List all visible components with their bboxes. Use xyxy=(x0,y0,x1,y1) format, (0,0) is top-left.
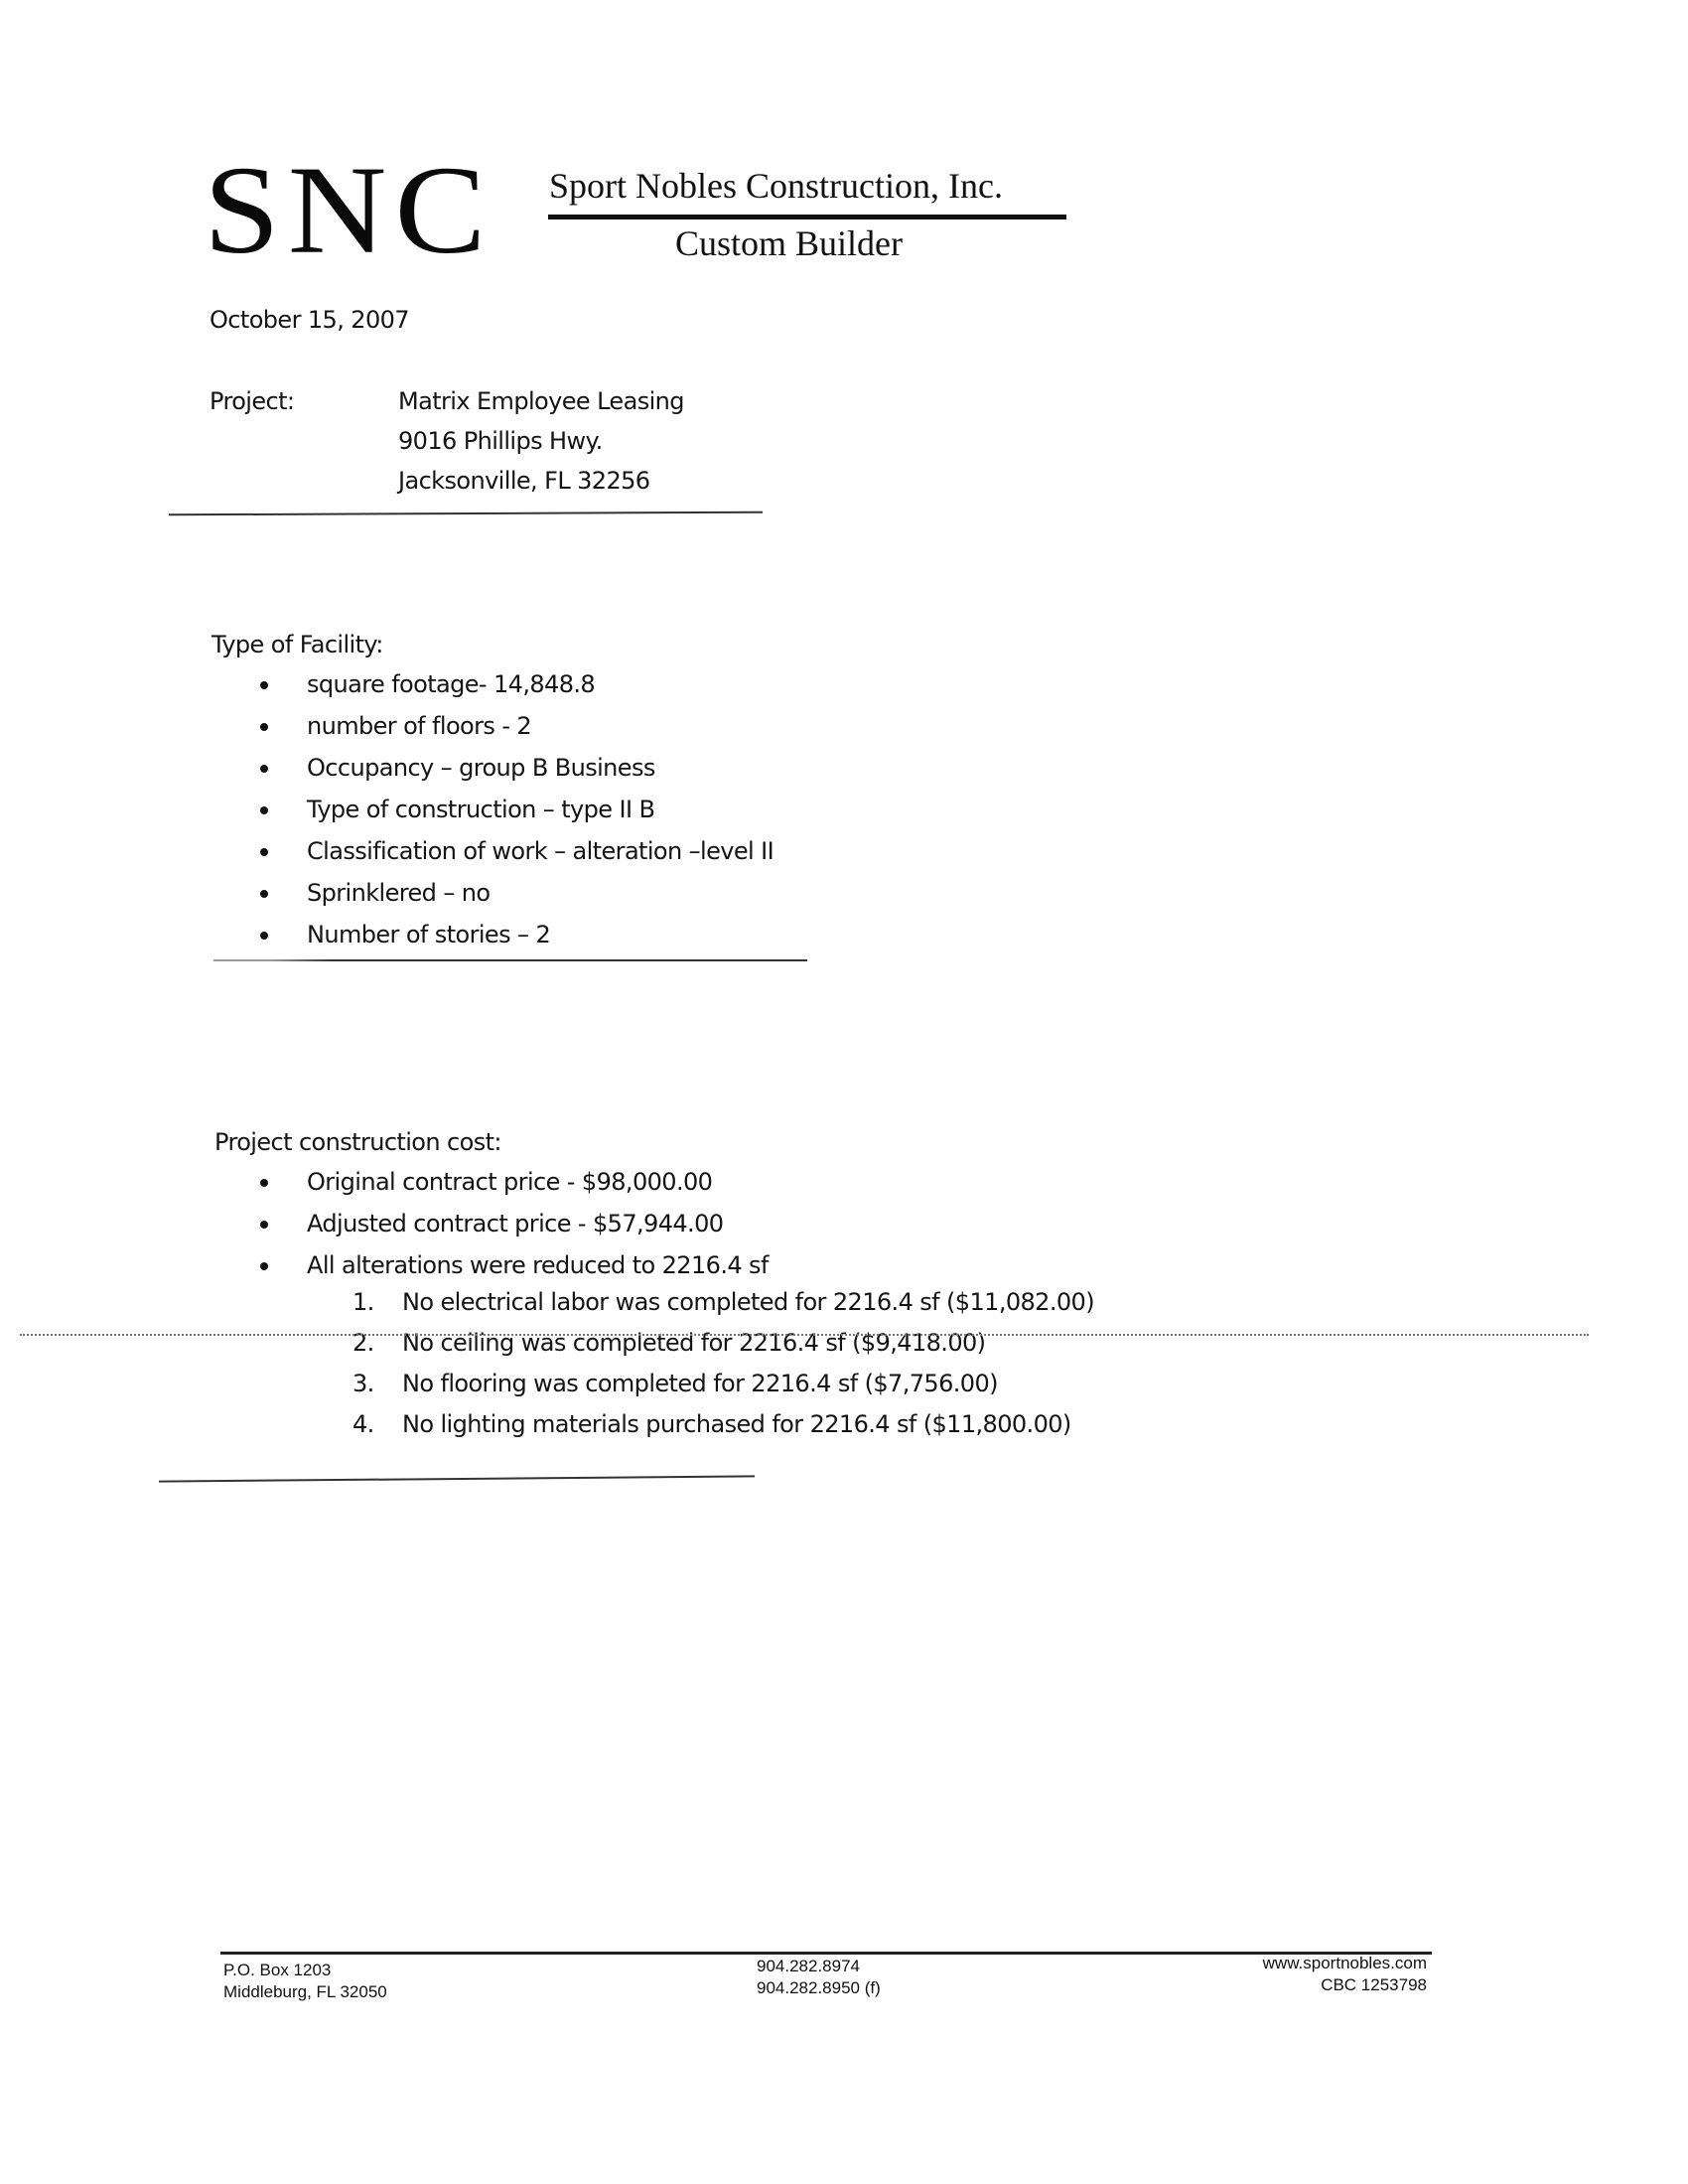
footer-divider xyxy=(220,1952,1432,1955)
list-item: 3.No flooring was completed for 2216.4 s… xyxy=(352,1364,1246,1404)
project-address-street: 9016 Phillips Hwy. xyxy=(398,427,603,455)
cost-item-text: Adjusted contract price - $57,944.00 xyxy=(307,1203,723,1244)
bullet-icon xyxy=(260,681,268,689)
section-divider xyxy=(159,1475,755,1482)
item-number: 4. xyxy=(352,1404,374,1445)
list-item: 2.No ceiling was completed for 2216.4 sf… xyxy=(352,1323,1246,1364)
reduction-text: No electrical labor was completed for 22… xyxy=(402,1282,1094,1323)
list-item: number of floors - 2 xyxy=(260,705,955,747)
project-name: Matrix Employee Leasing xyxy=(398,387,684,415)
cost-heading: Project construction cost: xyxy=(214,1128,501,1156)
facility-item-text: Classification of work – alteration –lev… xyxy=(307,830,774,872)
item-number: 2. xyxy=(352,1323,374,1364)
list-item: 4.No lighting materials purchased for 22… xyxy=(352,1404,1246,1445)
facility-item-text: Number of stories – 2 xyxy=(307,914,550,955)
footer-fax: 904.282.8950 (f) xyxy=(757,1977,881,1999)
letterhead-divider xyxy=(548,215,1066,219)
list-item: Number of stories – 2 xyxy=(260,914,955,955)
facility-item-text: Occupancy – group B Business xyxy=(307,747,655,789)
list-item: square footage- 14,848.8 xyxy=(260,663,955,705)
list-item: Occupancy – group B Business xyxy=(260,747,955,789)
cost-item-text: Original contract price - $98,000.00 xyxy=(307,1161,712,1203)
bullet-icon xyxy=(260,1262,268,1270)
company-tagline: Custom Builder xyxy=(675,222,903,264)
item-number: 3. xyxy=(352,1364,374,1404)
facility-item-text: Type of construction – type II B xyxy=(307,789,654,830)
footer-phones: 904.282.8974 904.282.8950 (f) xyxy=(757,1956,881,1999)
list-item: Classification of work – alteration –lev… xyxy=(260,830,955,872)
list-item: 1.No electrical labor was completed for … xyxy=(352,1282,1246,1323)
bullet-icon xyxy=(260,1221,268,1229)
bullet-icon xyxy=(260,806,268,814)
list-item: Type of construction – type II B xyxy=(260,789,955,830)
list-item: Sprinklered – no xyxy=(260,872,955,914)
footer-license: CBC 1253798 xyxy=(1263,1974,1427,1996)
company-logo: SNC xyxy=(204,147,493,273)
list-item: All alterations were reduced to 2216.4 s… xyxy=(260,1244,955,1286)
bullet-icon xyxy=(260,1179,268,1187)
bullet-icon xyxy=(260,723,268,731)
list-item: Original contract price - $98,000.00 xyxy=(260,1161,955,1203)
facility-heading: Type of Facility: xyxy=(211,631,383,658)
item-number: 1. xyxy=(352,1282,374,1323)
reduction-text: No ceiling was completed for 2216.4 sf (… xyxy=(402,1323,985,1364)
footer-address: P.O. Box 1203 Middleburg, FL 32050 xyxy=(223,1960,387,2003)
facility-item-text: number of floors - 2 xyxy=(307,705,531,747)
project-address-city: Jacksonville, FL 32256 xyxy=(398,467,649,495)
letter-date: October 15, 2007 xyxy=(210,306,409,334)
project-label: Project: xyxy=(210,387,294,415)
footer-website-link[interactable]: www.sportnobles.com xyxy=(1263,1953,1427,1974)
facility-item-text: Sprinklered – no xyxy=(307,872,490,914)
cost-item-text: All alterations were reduced to 2216.4 s… xyxy=(307,1244,769,1286)
footer-web: www.sportnobles.com CBC 1253798 xyxy=(1263,1953,1427,1996)
facility-item-text: square footage- 14,848.8 xyxy=(307,663,595,705)
scan-artifact-line xyxy=(20,1334,1589,1336)
bullet-icon xyxy=(260,765,268,773)
reduction-text: No lighting materials purchased for 2216… xyxy=(402,1404,1071,1445)
bullet-icon xyxy=(260,890,268,898)
section-divider xyxy=(213,959,807,961)
bullet-icon xyxy=(260,848,268,856)
footer-po-box: P.O. Box 1203 xyxy=(223,1960,387,1981)
cost-list: Original contract price - $98,000.00 Adj… xyxy=(260,1161,955,1286)
list-item: Adjusted contract price - $57,944.00 xyxy=(260,1203,955,1244)
facility-list: square footage- 14,848.8 number of floor… xyxy=(260,663,955,955)
footer-phone: 904.282.8974 xyxy=(757,1956,881,1977)
section-divider xyxy=(169,511,763,515)
reductions-list: 1.No electrical labor was completed for … xyxy=(352,1282,1246,1445)
reduction-text: No flooring was completed for 2216.4 sf … xyxy=(402,1364,998,1404)
company-name: Sport Nobles Construction, Inc. xyxy=(549,165,1003,207)
bullet-icon xyxy=(260,932,268,940)
footer-city: Middleburg, FL 32050 xyxy=(223,1981,387,2003)
